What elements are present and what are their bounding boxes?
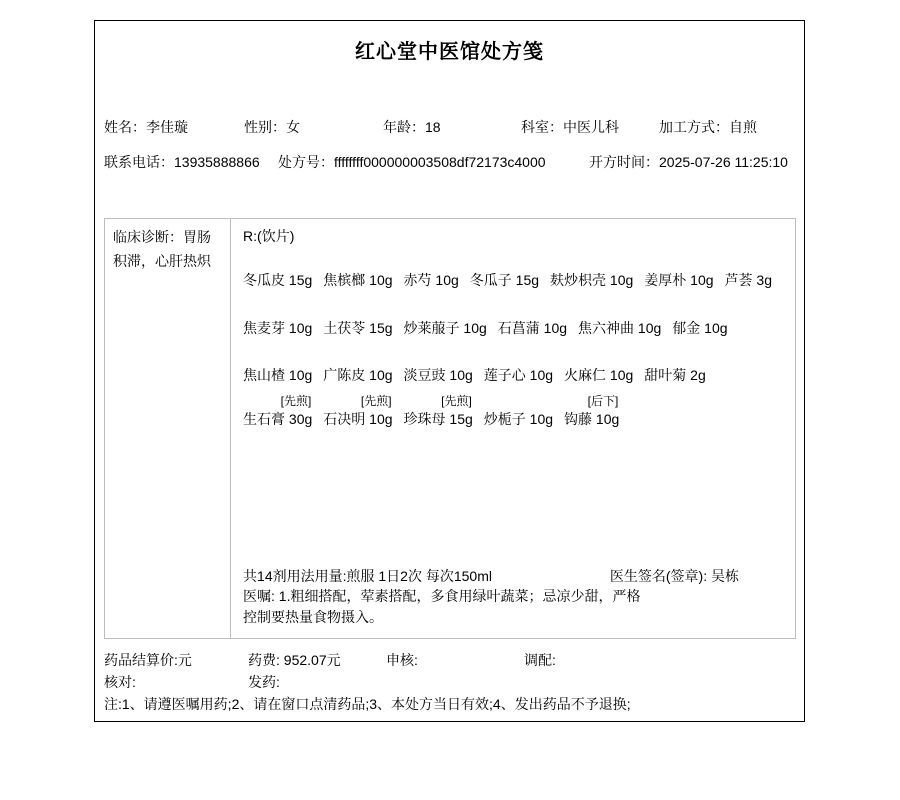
doctor-signature-name: 吴栋: [711, 568, 739, 584]
medical-advice-line-1: 医嘱: 1.粗细搭配，荤素搭配，多食用绿叶蔬菜；忌凉少甜，严格: [243, 586, 783, 607]
herb-item: 赤芍 10g: [404, 271, 459, 289]
settlement-price-field: 药品结算价:元: [104, 651, 248, 669]
patient-info-row-1: 姓名：李佳璇 性别：女 年龄：18 科室：中医儿科 加工方式：自煎: [104, 118, 795, 136]
herb-line: 焦麦芽 10g土茯苓 15g炒莱菔子 10g石菖蒲 10g焦六神曲 10g郁金 …: [243, 319, 783, 337]
herb-name-quantity: 焦山楂 10g: [243, 367, 312, 383]
herb-decoction-tag: [先煎]: [243, 394, 312, 410]
herb-item: 石菖蒲 10g: [498, 319, 567, 337]
department-label: 科室：: [521, 119, 563, 135]
processing-method-label: 加工方式：: [659, 119, 729, 135]
herb-line: [先煎]生石膏 30g[先煎]石决明 10g[先煎]珍珠母 15g 炒栀子 10…: [243, 394, 783, 428]
herb-item: 郁金 10g: [672, 319, 727, 337]
footer-row-2: 核对: 发药:: [104, 673, 795, 691]
herb-name-quantity: 赤芍 10g: [404, 272, 459, 288]
patient-age-label: 年龄：: [383, 119, 425, 135]
review-label: 申核:: [386, 652, 418, 668]
herb-name-quantity: 火麻仁 10g: [564, 367, 633, 383]
herb-name-quantity: 郁金 10g: [672, 320, 727, 336]
patient-age-field: 年龄：18: [383, 118, 521, 136]
spacer: [243, 428, 783, 566]
herb-item: 炒栀子 10g: [484, 394, 553, 428]
herb-name-quantity: 冬瓜皮 15g: [243, 272, 312, 288]
patient-info-row-2: 联系电话：13935888866 处方号：ffffffff00000000350…: [104, 153, 795, 171]
phone-label: 联系电话：: [104, 154, 174, 170]
herb-item: 冬瓜皮 15g: [243, 271, 312, 289]
prescription-number-field: 处方号：ffffffff000000003508df72173c4000: [278, 153, 589, 171]
total-doses: 共14剂: [243, 566, 287, 586]
prescription-page: 红心堂中医馆处方笺 姓名：李佳璇 性别：女 年龄：18 科室：中医儿科 加工方式…: [94, 20, 805, 722]
dosage-summary-row: 共14剂 用法用量: 煎服 1日2次 每次150ml 医生签名(签章): 吴栋: [243, 566, 783, 586]
herb-name-quantity: 甜叶菊 2g: [644, 367, 705, 383]
herb-name-quantity: 姜厚朴 10g: [644, 272, 713, 288]
settlement-price-label: 药品结算价:: [104, 652, 178, 668]
prescription-number-value: ffffffff000000003508df72173c4000: [334, 154, 546, 170]
herb-name-quantity: 焦六神曲 10g: [578, 320, 661, 336]
department-value: 中医儿科: [563, 119, 619, 135]
dispense-label: 发药:: [248, 674, 280, 690]
herb-item: 广陈皮 10g: [323, 366, 392, 384]
prescription-table: 临床诊断：胃肠积滞，心肝热炽 R:(饮片) 冬瓜皮 15g焦槟榔 10g赤芍 1…: [104, 218, 796, 639]
herb-line: 冬瓜皮 15g焦槟榔 10g赤芍 10g冬瓜子 15g麸炒枳壳 10g姜厚朴 1…: [243, 271, 783, 289]
phone-field: 联系电话：13935888866: [104, 153, 278, 171]
herb-item: 焦山楂 10g: [243, 366, 312, 384]
prescription-number-label: 处方号：: [278, 154, 334, 170]
page-title: 红心堂中医馆处方笺: [95, 35, 804, 64]
patient-gender-field: 性别：女: [244, 118, 383, 136]
dispense-field: 发药:: [248, 673, 795, 691]
herb-name-quantity: 珍珠母 15g: [404, 411, 473, 427]
medicine-fee-label: 药费:: [248, 652, 284, 668]
herb-name-quantity: 炒栀子 10g: [484, 411, 553, 427]
settlement-price-value: 元: [178, 652, 192, 668]
herb-decoction-tag: [484, 394, 553, 410]
herb-item: 莲子心 10g: [484, 366, 553, 384]
herb-item: [先煎]生石膏 30g: [243, 394, 312, 428]
herb-name-quantity: 莲子心 10g: [484, 367, 553, 383]
herb-name-quantity: 广陈皮 10g: [323, 367, 392, 383]
herb-item: 麸炒枳壳 10g: [550, 271, 633, 289]
herb-name-quantity: 焦槟榔 10g: [323, 272, 392, 288]
patient-age-value: 18: [425, 119, 441, 135]
prescribe-time-field: 开方时间：2025-07-26 11:25:10: [589, 153, 795, 171]
herb-decoction-tag: [后下]: [564, 394, 619, 410]
herb-name-quantity: 石菖蒲 10g: [498, 320, 567, 336]
medical-advice-line-2: 控制要热量食物摄入。: [243, 607, 783, 628]
footer-note: 注:1、请遵医嘱用药;2、请在窗口点清药品;3、本处方当日有效;4、发出药品不予…: [104, 695, 795, 713]
processing-method-field: 加工方式：自煎: [659, 118, 795, 136]
phone-value: 13935888866: [174, 154, 260, 170]
herb-item: [先煎]珍珠母 15g: [404, 394, 473, 428]
usage-label: 用法用量:: [287, 566, 347, 586]
prescribe-time-label: 开方时间：: [589, 154, 659, 170]
department-field: 科室：中医儿科: [521, 118, 659, 136]
herb-name-quantity: 生石膏 30g: [243, 411, 312, 427]
prescribe-time-value: 2025-07-26 11:25:10: [659, 154, 788, 170]
footer-row-1: 药品结算价:元 药费: 952.07元 申核: 调配:: [104, 651, 795, 669]
herb-item: 焦六神曲 10g: [578, 319, 661, 337]
herb-name-quantity: 麸炒枳壳 10g: [550, 272, 633, 288]
check-field: 核对:: [104, 673, 248, 691]
herb-name-quantity: 淡豆豉 10g: [404, 367, 473, 383]
herb-decoction-tag: [先煎]: [323, 394, 392, 410]
herb-item: [先煎]石决明 10g: [323, 394, 392, 428]
herb-name-quantity: 炒莱菔子 10g: [404, 320, 487, 336]
rx-form-header: R:(饮片): [243, 227, 783, 245]
medicine-fee-value: 952.07元: [284, 652, 341, 668]
patient-name-value: 李佳璇: [146, 119, 188, 135]
herb-item: 甜叶菊 2g: [644, 366, 705, 384]
herb-item: 土茯苓 15g: [323, 319, 392, 337]
herb-name-quantity: 钩藤 10g: [564, 411, 619, 427]
herb-name-quantity: 土茯苓 15g: [323, 320, 392, 336]
processing-method-value: 自煎: [729, 119, 757, 135]
herb-item: 火麻仁 10g: [564, 366, 633, 384]
dispense-prepare-field: 调配:: [524, 651, 795, 669]
herb-item: 淡豆豉 10g: [404, 366, 473, 384]
patient-gender-value: 女: [286, 119, 300, 135]
medicine-fee-field: 药费: 952.07元: [248, 651, 386, 669]
herb-line: 焦山楂 10g广陈皮 10g淡豆豉 10g莲子心 10g火麻仁 10g甜叶菊 2…: [243, 366, 783, 384]
check-label: 核对:: [104, 674, 136, 690]
doctor-signature: 医生签名(签章): 吴栋: [610, 566, 739, 586]
diagnosis-label: 临床诊断：: [113, 229, 183, 245]
herb-item: 焦麦芽 10g: [243, 319, 312, 337]
prescription-content-cell: R:(饮片) 冬瓜皮 15g焦槟榔 10g赤芍 10g冬瓜子 15g麸炒枳壳 1…: [231, 219, 795, 638]
patient-name-label: 姓名：: [104, 119, 146, 135]
dispense-prepare-label: 调配:: [524, 652, 556, 668]
usage-value: 煎服 1日2次 每次150ml: [347, 566, 492, 586]
patient-gender-label: 性别：: [244, 119, 286, 135]
doctor-signature-label: 医生签名(签章):: [610, 568, 711, 584]
herb-item: 芦荟 3g: [725, 271, 772, 289]
herb-item: 姜厚朴 10g: [644, 271, 713, 289]
herb-item: 冬瓜子 15g: [470, 271, 539, 289]
herb-name-quantity: 焦麦芽 10g: [243, 320, 312, 336]
herb-item: 炒莱菔子 10g: [404, 319, 487, 337]
review-field: 申核:: [386, 651, 524, 669]
herb-name-quantity: 芦荟 3g: [725, 272, 772, 288]
patient-name-field: 姓名：李佳璇: [104, 118, 244, 136]
clinical-diagnosis-cell: 临床诊断：胃肠积滞，心肝热炽: [105, 219, 231, 638]
herb-name-quantity: 石决明 10g: [323, 411, 392, 427]
herb-name-quantity: 冬瓜子 15g: [470, 272, 539, 288]
herb-item: [后下]钩藤 10g: [564, 394, 619, 428]
herb-decoction-tag: [先煎]: [404, 394, 473, 410]
herb-item: 焦槟榔 10g: [323, 271, 392, 289]
